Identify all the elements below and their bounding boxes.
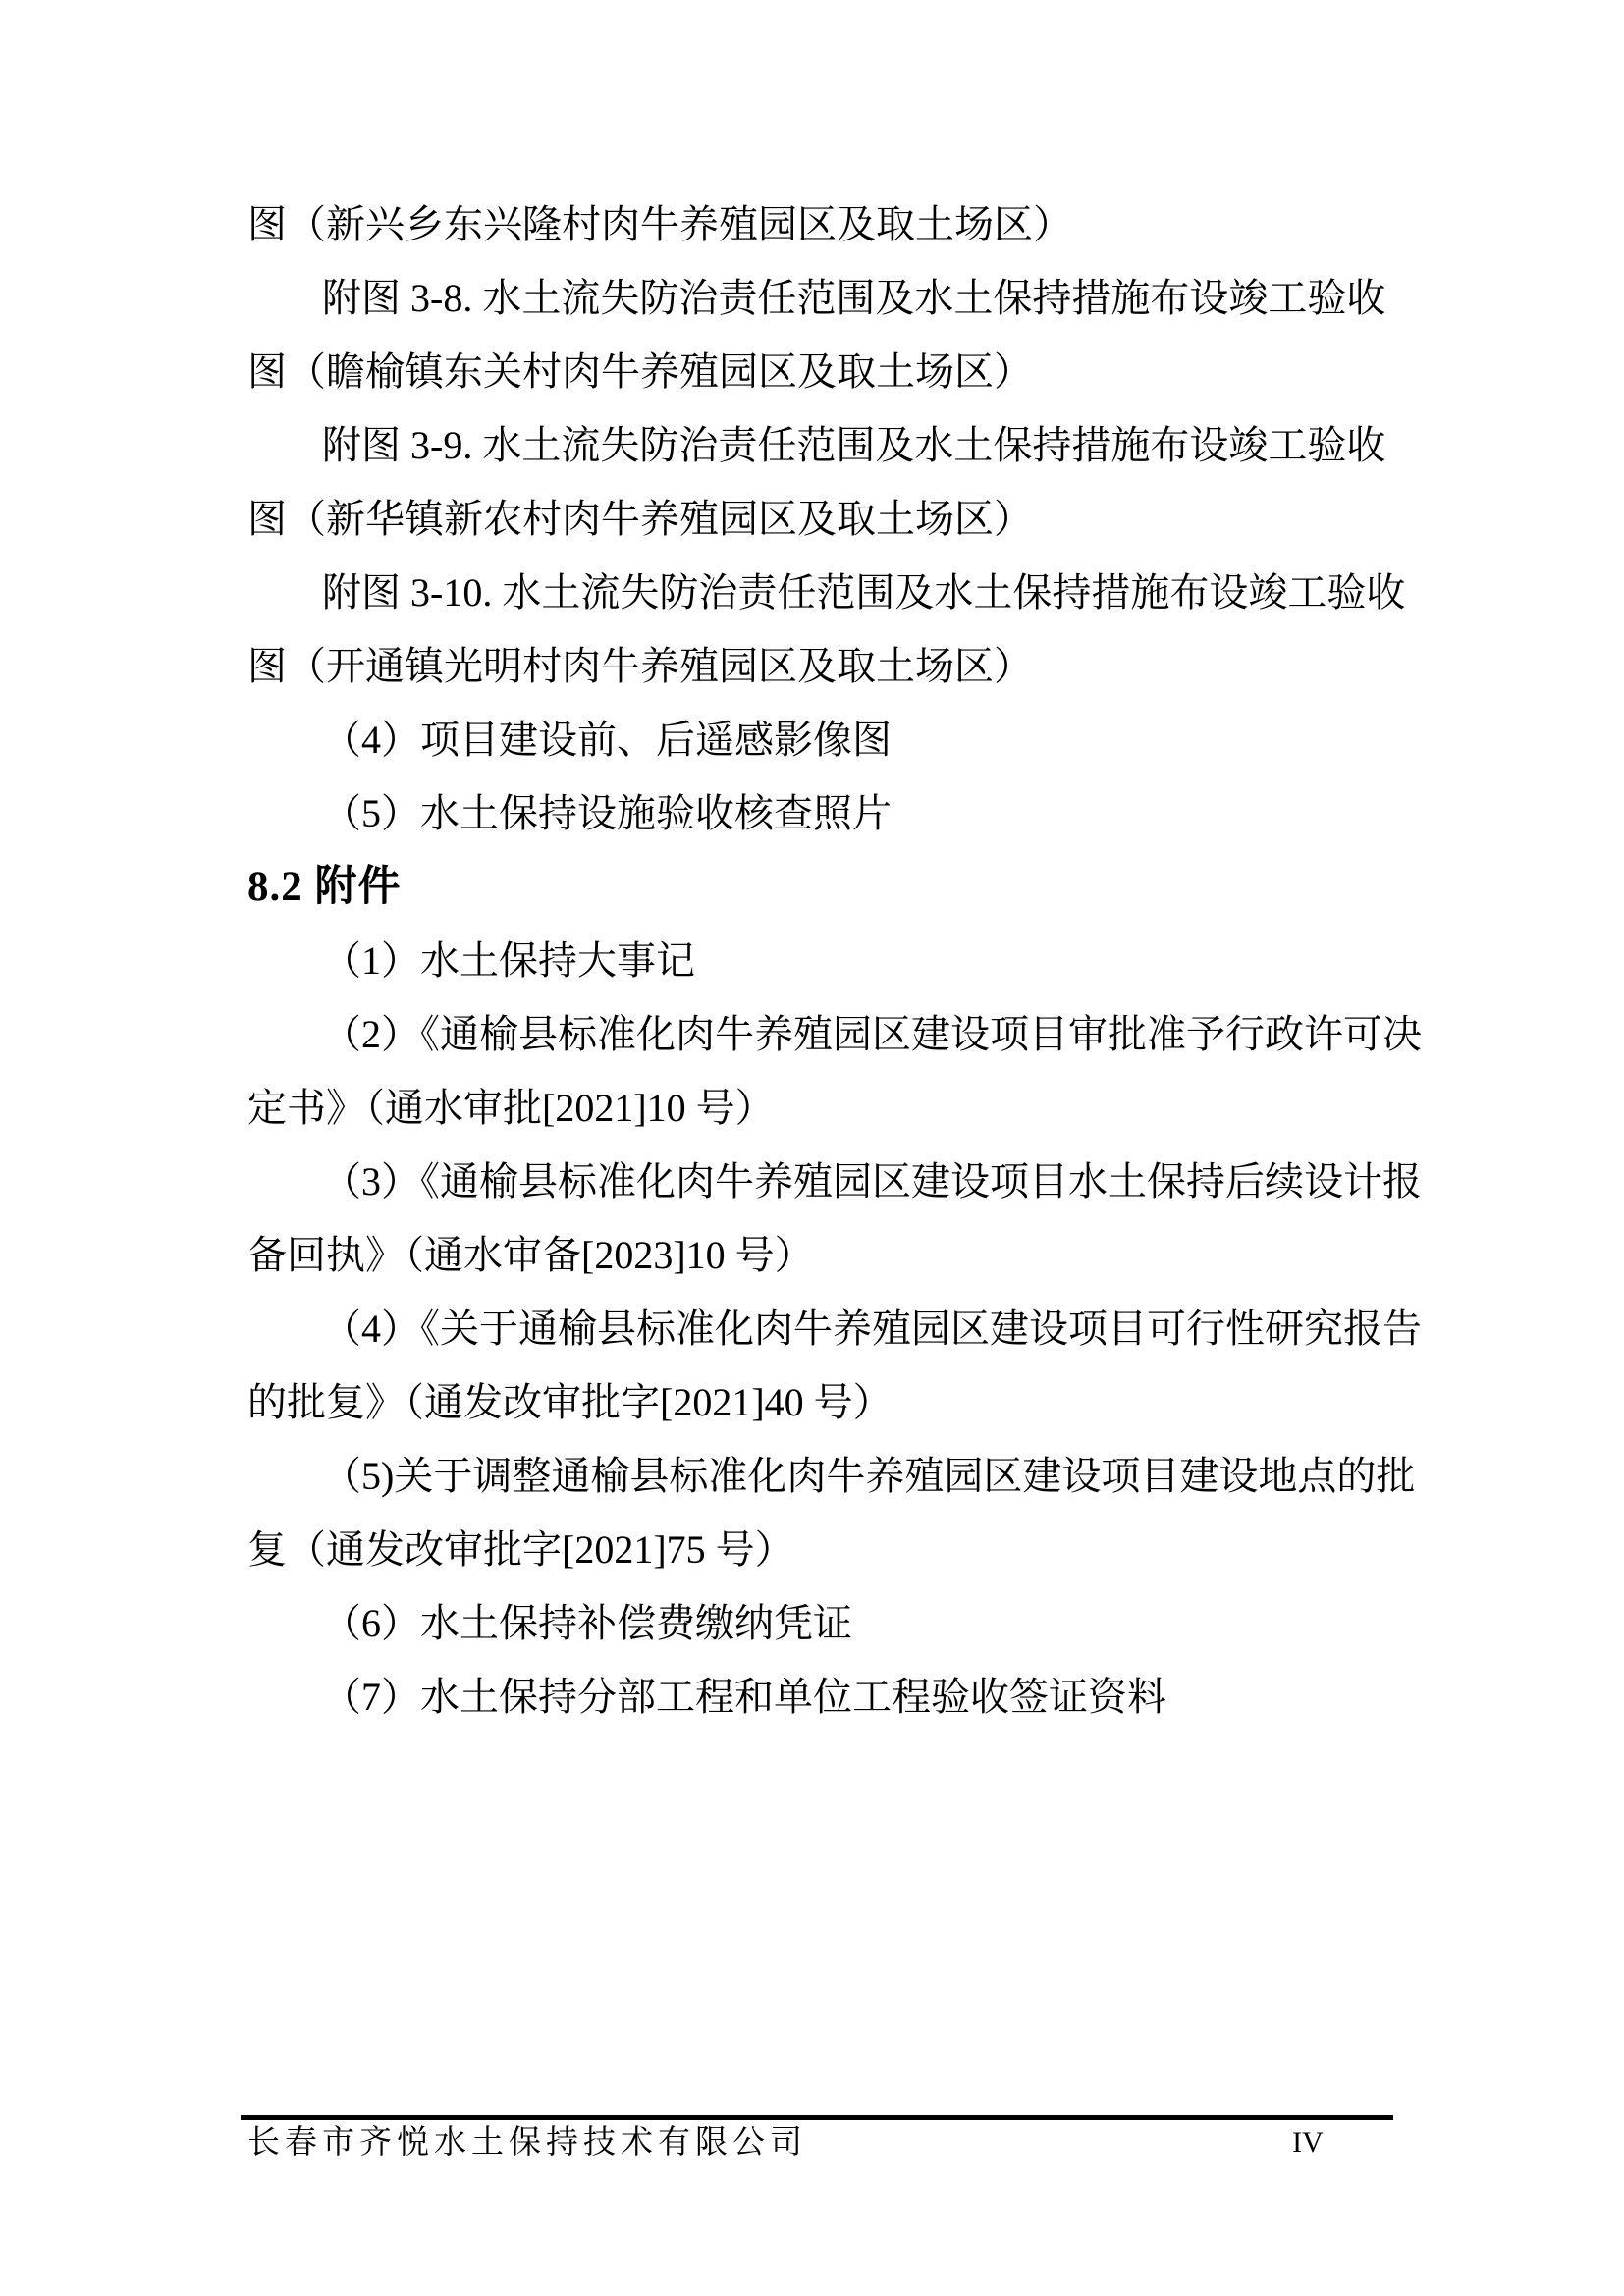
document-page: 图（新兴乡东兴隆村肉牛养殖园区及取土场区） 附图 3-8. 水土流失防治责任范围… xyxy=(0,0,1624,2296)
document-line: （5）水土保持设施验收核查照片 xyxy=(247,776,1396,850)
document-line: 图（开通镇光明村肉牛养殖园区及取土场区） xyxy=(247,629,1396,703)
document-line: 备回执》（通水审备[2023]10 号） xyxy=(247,1218,1396,1292)
document-line: （7）水土保持分部工程和单位工程验收签证资料 xyxy=(247,1660,1396,1734)
document-line: 复（通发改审批字[2021]75 号） xyxy=(247,1513,1396,1586)
document-line: 图（新华镇新农村肉牛养殖园区及取土场区） xyxy=(247,482,1396,556)
document-line: 定书》（通水审批[2021]10 号） xyxy=(247,1071,1396,1145)
document-line: （3）《通榆县标准化肉牛养殖园区建设项目水土保持后续设计报 xyxy=(247,1145,1396,1218)
footer-divider xyxy=(241,2115,1393,2120)
document-line: 附图 3-10. 水土流失防治责任范围及水土保持措施布设竣工验收 xyxy=(247,556,1396,629)
section-heading: 8.2 附件 xyxy=(247,850,1396,924)
document-body: 图（新兴乡东兴隆村肉牛养殖园区及取土场区） 附图 3-8. 水土流失防治责任范围… xyxy=(247,187,1396,1734)
document-line: （1）水土保持大事记 xyxy=(247,924,1396,997)
document-line: 图（新兴乡东兴隆村肉牛养殖园区及取土场区） xyxy=(247,187,1396,261)
document-line: （4）项目建设前、后遥感影像图 xyxy=(247,703,1396,776)
document-line: （5)关于调整通榆县标准化肉牛养殖园区建设项目建设地点的批 xyxy=(247,1439,1396,1513)
document-line: 图（瞻榆镇东关村肉牛养殖园区及取土场区） xyxy=(247,335,1396,408)
page-number: IV xyxy=(1278,2123,1337,2163)
document-line: （6）水土保持补偿费缴纳凭证 xyxy=(247,1586,1396,1660)
document-line: （4）《关于通榆县标准化肉牛养殖园区建设项目可行性研究报告 xyxy=(247,1292,1396,1365)
document-line: 附图 3-9. 水土流失防治责任范围及水土保持措施布设竣工验收 xyxy=(247,408,1396,482)
document-line: 附图 3-8. 水土流失防治责任范围及水土保持措施布设竣工验收 xyxy=(247,261,1396,335)
document-line: （2）《通榆县标准化肉牛养殖园区建设项目审批准予行政许可决 xyxy=(247,997,1396,1071)
footer-company-name: 长春市齐悦水土保持技术有限公司 xyxy=(247,2122,807,2163)
document-line: 的批复》（通发改审批字[2021]40 号） xyxy=(247,1365,1396,1439)
